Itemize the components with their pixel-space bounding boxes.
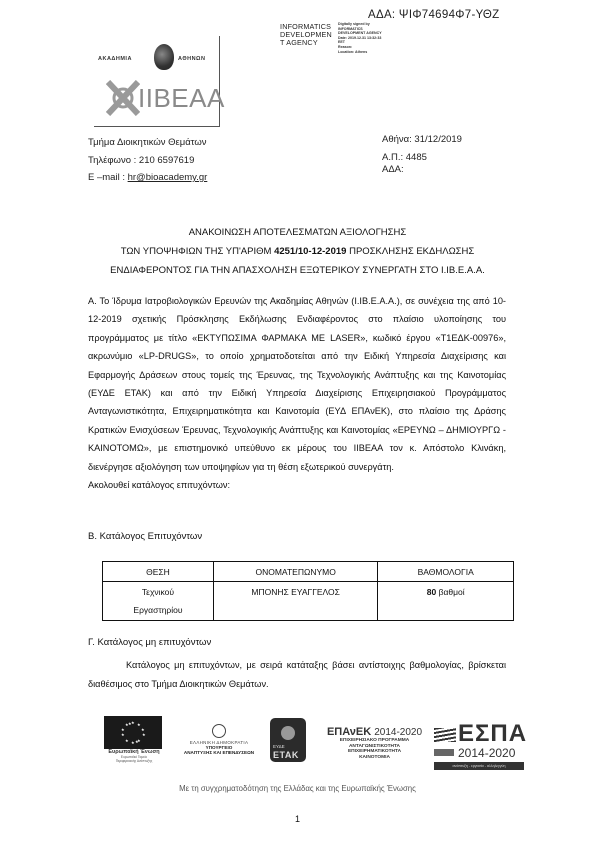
ibeaa-x-icon: [106, 80, 140, 116]
eu-logo: ★★★ ★★★ ★★★ ★★★ Ευρωπαϊκή Ένωση Ευρωπαϊκ…: [104, 716, 164, 766]
protocol-number: Α.Π.: 4485: [382, 152, 462, 165]
score-value: 80: [427, 587, 436, 597]
cofunding-note: Με τη συγχρηματοδότηση της Ελλάδας και τ…: [0, 784, 595, 793]
academy-logo: ΑΚΑΔΗΜΙΑ ΑΘΗΝΩΝ IIBEAA: [94, 36, 220, 127]
epanek-name: ΕΠΑνΕΚ: [327, 726, 371, 738]
flags-icon: [434, 749, 454, 756]
espa-name: ΕΣΠΑ: [458, 720, 527, 748]
eu-sub2: Περιφερειακής Ανάπτυξης: [104, 759, 164, 763]
signature-line: Location: Athens: [338, 50, 382, 55]
section-b-heading: Β. Κατάλογος Επιτυχόντων: [88, 531, 202, 542]
section-a-follow: Ακολουθεί κατάλογος επιτυχόντων:: [88, 476, 506, 494]
table-header-row: ΘΕΣΗ ΟΝΟΜΑΤΕΠΩΝΥΜΟ ΒΑΘΜΟΛΟΓΙΑ: [103, 562, 514, 582]
eyde-etak-logo: ΕΥΔΕ ΕΤΑΚ: [270, 718, 306, 762]
section-c: Κατάλογος μη επιτυχόντων, με σειρά κατάτ…: [88, 656, 506, 694]
iris-label: INFORMATICS DEVELOPMEN T AGENCY: [280, 23, 332, 47]
epanek-logo: ΕΠΑνΕΚ 2014-2020 ΕΠΙΧΕΙΡΗΣΙΑΚΟ ΠΡΟΓΡΑΜΜΑ…: [322, 726, 427, 760]
call-reference: 4251/10-12-2019: [274, 246, 346, 257]
title-line-1: ΑΝΑΚΟΙΝΩΣΗ ΑΠΟΤΕΛΕΣΜΑΤΩΝ ΑΞΙΟΛΟΓΗΣΗΣ: [0, 223, 595, 242]
cell-name: ΜΠΟΝΗΣ ΕΥΑΓΓΕΛΟΣ: [213, 582, 377, 621]
funding-logos: ★★★ ★★★ ★★★ ★★★ Ευρωπαϊκή Ένωση Ευρωπαϊκ…: [104, 716, 524, 766]
cell-position: Τεχνικού Εργαστηρίου: [103, 582, 214, 621]
position-line: Τεχνικού: [104, 583, 212, 601]
logo-text-left: ΑΚΑΔΗΜΙΑ: [98, 56, 132, 62]
etak-line: ΕΥΔΕ: [273, 744, 285, 749]
table-row: Τεχνικού Εργαστηρίου ΜΠΟΝΗΣ ΕΥΑΓΓΕΛΟΣ 80…: [103, 582, 514, 621]
results-table: ΘΕΣΗ ΟΝΟΜΑΤΕΠΩΝΥΜΟ ΒΑΘΜΟΛΟΓΙΑ Τεχνικού Ε…: [102, 561, 514, 621]
espa-tagline: ανάπτυξη - εργασία - αλληλεγγύη: [434, 762, 524, 770]
apple-icon: [281, 726, 295, 740]
espa-years: 2014-2020: [458, 746, 515, 760]
email-label: E –mail :: [88, 172, 125, 183]
email-link[interactable]: hr@bioacademy.gr: [128, 172, 208, 183]
title-line-2: ΤΩΝ ΥΠΟΨΗΦΙΩΝ ΤΗΣ ΥΠ'ΑΡΙΘΜ 4251/10-12-20…: [0, 242, 595, 261]
eu-flag-icon: ★★★ ★★★ ★★★ ★★★: [104, 716, 162, 749]
document-title: ΑΝΑΚΟΙΝΩΣΗ ΑΠΟΤΕΛΕΣΜΑΤΩΝ ΑΞΙΟΛΟΓΗΣΗΣ ΤΩΝ…: [0, 223, 595, 280]
ada-field: ΑΔΑ:: [382, 164, 462, 177]
epanek-line: ΚΑΙΝΟΤΟΜΙΑ: [322, 755, 427, 761]
logo-brand: IIBEAA: [138, 83, 225, 114]
date: Αθήνα: 31/12/2019: [382, 134, 462, 152]
title-line-2-pre: ΤΩΝ ΥΠΟΨΗΦΙΩΝ ΤΗΣ ΥΠ'ΑΡΙΘΜ: [121, 246, 274, 257]
title-line-3: ΕΝΔΙΑΦΕΡΟΝΤΟΣ ΓΙΑ ΤΗΝ ΑΠΑΣΧΟΛΗΣΗ ΕΞΩΤΕΡΙ…: [0, 261, 595, 280]
section-a-paragraph: Α. Το Ίδρυμα Ιατροβιολογικών Ερευνών της…: [88, 292, 506, 476]
header-position: ΘΕΣΗ: [103, 562, 214, 582]
athena-head-icon: [154, 44, 174, 70]
title-line-2-post: ΠΡΟΣΚΛΗΣΗΣ ΕΚΔΗΛΩΣΗΣ: [346, 246, 474, 257]
page-number: 1: [0, 814, 595, 824]
epanek-years: 2014-2020: [374, 727, 422, 738]
header-score: ΒΑΘΜΟΛΟΓΙΑ: [378, 562, 514, 582]
header-name: ΟΝΟΜΑΤΕΠΩΝΥΜΟ: [213, 562, 377, 582]
greek-emblem-icon: [212, 724, 226, 738]
reference-info: Αθήνα: 31/12/2019 Α.Π.: 4485 ΑΔΑ:: [382, 134, 462, 177]
sender-info: Τμήμα Διοικητικών Θεμάτων Τηλέφωνο : 210…: [88, 134, 207, 187]
cell-score: 80 βαθμοί: [378, 582, 514, 621]
logo-text-right: ΑΘΗΝΩΝ: [178, 56, 205, 62]
etak-line: ΕΤΑΚ: [273, 750, 299, 760]
email-row: E –mail : hr@bioacademy.gr: [88, 169, 207, 187]
section-c-paragraph: Κατάλογος μη επιτυχόντων, με σειρά κατάτ…: [88, 656, 506, 694]
digital-signature: Digitally signed by INFORMATICS DEVELOPM…: [338, 22, 382, 54]
department: Τμήμα Διοικητικών Θεμάτων: [88, 134, 207, 152]
section-c-heading: Γ. Κατάλογος μη επιτυχόντων: [88, 637, 211, 648]
position-line: Εργαστηρίου: [104, 601, 212, 619]
score-unit: βαθμοί: [436, 587, 464, 597]
iris-label-line: T AGENCY: [280, 39, 332, 47]
section-a: Α. Το Ίδρυμα Ιατροβιολογικών Ερευνών της…: [88, 292, 506, 494]
phone: Τηλέφωνο : 210 6597619: [88, 152, 207, 170]
espa-waves-icon: [434, 728, 456, 742]
epanek-title: ΕΠΑνΕΚ 2014-2020: [322, 726, 427, 738]
ministry-line: ΑΝΑΠΤΥΞΗΣ ΚΑΙ ΕΠΕΝΔΥΣΕΩΝ: [180, 750, 258, 755]
greek-ministry-logo: ΕΛΛΗΝΙΚΗ ΔΗΜΟΚΡΑΤΙΑ ΥΠΟΥΡΓΕΙΟ ΑΝΑΠΤΥΞΗΣ …: [180, 724, 258, 755]
ada-stamp: ΑΔΑ: ΨΙΦ74694Φ7-ΥΘΖ: [368, 9, 499, 21]
